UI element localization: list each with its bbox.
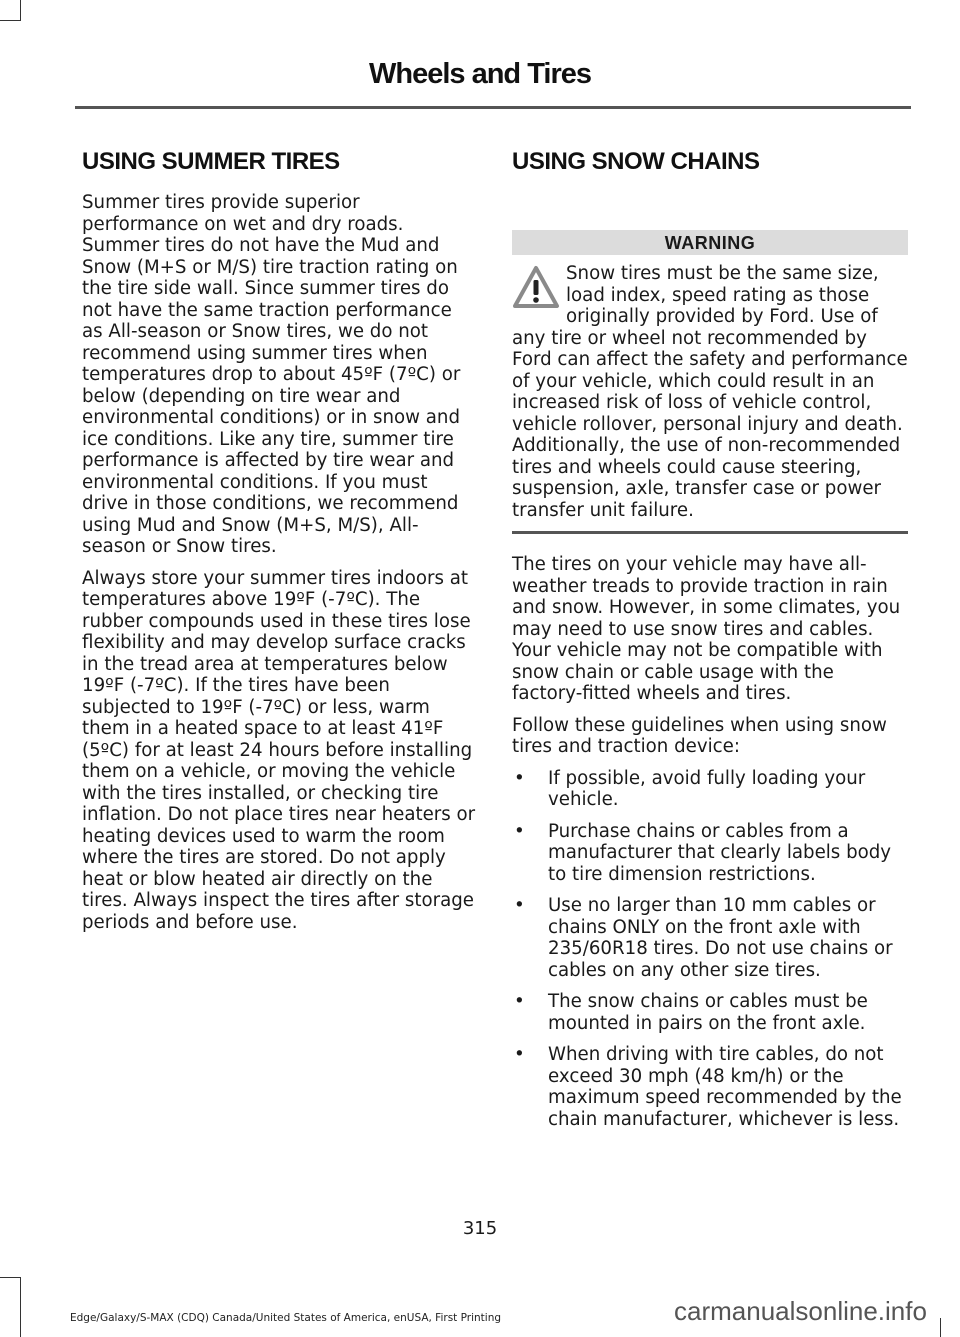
- crop-mark-top-left: [0, 0, 21, 21]
- crop-mark-bottom-right: [940, 1318, 941, 1337]
- guidelines-list: •If possible, avoid fully loading your v…: [512, 768, 908, 1131]
- list-item: •Use no larger than 10 mm cables or chai…: [512, 895, 908, 981]
- bullet-icon: •: [514, 895, 525, 917]
- crop-mark-bottom-left: [0, 1277, 21, 1337]
- watermark: carmanualsonline.info: [674, 1296, 927, 1327]
- summer-tires-paragraph-1: Summer tires provide superior performanc…: [82, 192, 477, 558]
- summer-tires-paragraph-2: Always store your summer tires indoors a…: [82, 568, 477, 934]
- bullet-icon: •: [514, 821, 525, 843]
- bullet-icon: •: [514, 991, 525, 1013]
- right-column: USING SNOW CHAINS WARNING Snow tires mus…: [512, 146, 908, 1140]
- warning-label: WARNING: [512, 230, 908, 255]
- section-heading-summer-tires: USING SUMMER TIRES: [82, 146, 477, 178]
- page-number: 315: [0, 1218, 960, 1239]
- footer-edition-text: Edge/Galaxy/S-MAX (CDQ) Canada/United St…: [70, 1312, 501, 1324]
- list-item-text: The snow chains or cables must be mounte…: [548, 991, 868, 1034]
- list-item: •If possible, avoid fully loading your v…: [512, 768, 908, 811]
- warning-divider: [512, 531, 908, 534]
- section-heading-snow-chains: USING SNOW CHAINS: [512, 146, 908, 178]
- list-item: •When driving with tire cables, do not e…: [512, 1044, 908, 1130]
- warning-box: Snow tires must be the same size, load i…: [512, 263, 908, 521]
- bullet-icon: •: [514, 1044, 525, 1066]
- page-header-title: Wheels and Tires: [0, 58, 960, 91]
- bullet-icon: •: [514, 768, 525, 790]
- list-item-text: If possible, avoid fully loading your ve…: [548, 768, 865, 811]
- list-item-text: When driving with tire cables, do not ex…: [548, 1044, 902, 1130]
- header-divider: [75, 106, 911, 109]
- list-item: •The snow chains or cables must be mount…: [512, 991, 908, 1034]
- list-item: •Purchase chains or cables from a manufa…: [512, 821, 908, 886]
- snow-chains-paragraph-1: The tires on your vehicle may have all-w…: [512, 554, 908, 705]
- warning-triangle-icon: [512, 265, 560, 309]
- warning-text: Snow tires must be the same size, load i…: [512, 263, 908, 521]
- list-item-text: Use no larger than 10 mm cables or chain…: [548, 895, 893, 981]
- left-column: USING SUMMER TIRES Summer tires provide …: [82, 146, 477, 943]
- list-item-text: Purchase chains or cables from a manufac…: [548, 821, 891, 885]
- snow-chains-paragraph-2: Follow these guidelines when using snow …: [512, 715, 908, 758]
